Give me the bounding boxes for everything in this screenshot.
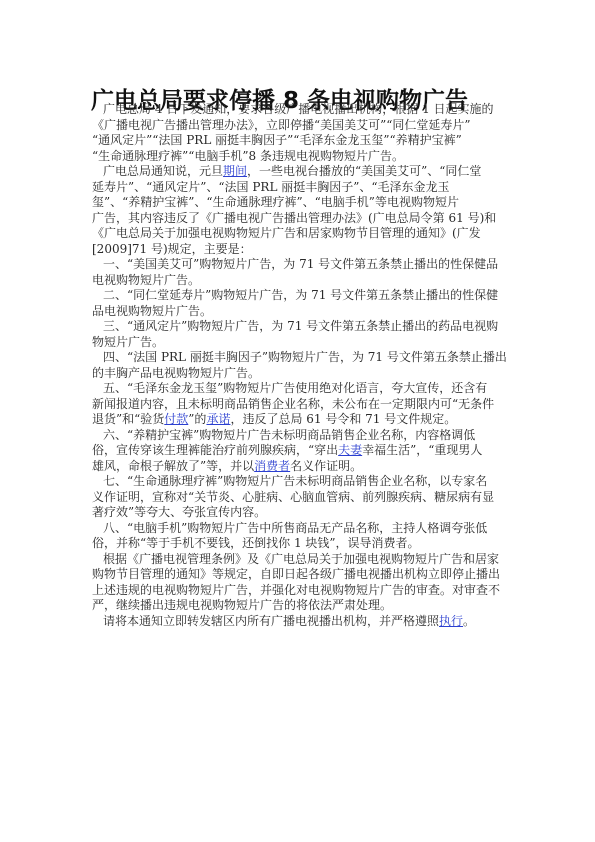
- text-segment: 玺”、“养精护宝裤”、“生命通脉理疗裤”、“电脑手机”等电视购物短片: [92, 195, 459, 209]
- text-line: “通风定片”“法国 PRL 丽挺丰胸因子”“毛泽东金龙玉玺”“养精护宝裤”: [92, 133, 507, 149]
- document-body: 广电总局 4 日下发通知，要求各级广播电视播出机构，根据 1 日起实施的《广播电…: [92, 102, 507, 629]
- text-segment: 新闻报道内容，且未标明商品销售企业名称，未公布在一定期限内可“无条件: [92, 397, 494, 411]
- text-segment: 二、“同仁堂延寿片”购物短片广告，为 71 号文件第五条禁止播出的性保健: [103, 288, 498, 302]
- paragraph: 八、“电脑手机”购物短片广告中所售商品无产品名称，主持人格调夸张低俗，并称“等于…: [92, 521, 507, 552]
- text-segment: ”的: [188, 412, 206, 426]
- text-segment: 上述违规的电视购物短片广告，并强化对电视购物短片广告的审查。对审查不: [92, 583, 500, 597]
- text-segment: 严，继续播出违规电视购物短片广告的将依法严肃处理。: [92, 598, 392, 612]
- text-segment: 六、“养精护宝裤”购物短片广告未标明商品销售企业名称，内容格调低: [103, 428, 475, 442]
- paragraph: 六、“养精护宝裤”购物短片广告未标明商品销售企业名称，内容格调低俗，宣传穿该生理…: [92, 428, 507, 475]
- text-segment: 。: [463, 614, 475, 628]
- text-segment: 请将本通知立即转发辖区内所有广播电视播出机构，并严格遵照: [103, 614, 439, 628]
- text-segment: 名义作证明。: [290, 459, 362, 473]
- text-segment: 广电总局 4 日下发通知，要求各级广播电视播出机构，根据 1 日起实施的: [103, 102, 494, 116]
- text-line: 著疗效”等夸大、夸张宣传内容。: [92, 505, 507, 521]
- text-segment: 雄风，命根子解放了”等，并以: [92, 459, 254, 473]
- text-line: 《广电总局关于加强电视购物短片广告和居家购物节目管理的通知》(广发: [92, 226, 507, 242]
- text-line: 四、“法国 PRL 丽挺丰胸因子”购物短片广告，为 71 号文件第五条禁止播出: [92, 350, 507, 366]
- paragraph: 广电总局 4 日下发通知，要求各级广播电视播出机构，根据 1 日起实施的《广播电…: [92, 102, 507, 164]
- text-line: 广告，其内容违反了《广播电视广告播出管理办法》(广电总局令第 61 号)和: [92, 211, 507, 227]
- paragraph: 一、“美国美艾可”购物短片广告，为 71 号文件第五条禁止播出的性保健品电视购物…: [92, 257, 507, 288]
- text-line: 义作证明，宣称对“关节炎、心脏病、心脑血管病、前列腺疾病、糖尿病有显: [92, 490, 507, 506]
- document-page: 广电总局要求停播 8 条电视购物广告 广电总局 4 日下发通知，要求各级广播电视…: [0, 0, 595, 842]
- text-line: 严，继续播出违规电视购物短片广告的将依法严肃处理。: [92, 598, 507, 614]
- text-line: 玺”、“养精护宝裤”、“生命通脉理疗裤”、“电脑手机”等电视购物短片: [92, 195, 507, 211]
- hyperlink[interactable]: 执行: [439, 614, 463, 628]
- text-line: 俗，并称“等于手机不要钱，还倒找你 1 块钱”，误导消费者。: [92, 536, 507, 552]
- text-line: 俗，宣传穿该生理裤能治疗前列腺疾病，“穿出夫妻幸福生活”，“重现男人: [92, 443, 507, 459]
- text-segment: 《广播电视广告播出管理办法》，立即停播“美国美艾可”“同仁堂延寿片”: [92, 118, 471, 132]
- text-line: 《广播电视广告播出管理办法》，立即停播“美国美艾可”“同仁堂延寿片”: [92, 118, 507, 134]
- text-segment: 《广电总局关于加强电视购物短片广告和居家购物节目管理的通知》(广发: [92, 226, 481, 240]
- text-line: 五、“毛泽东金龙玉玺”购物短片广告使用绝对化语言，夸大宣传，还含有: [92, 381, 507, 397]
- text-segment: [2009]71 号)规定，主要是：: [92, 242, 252, 256]
- text-segment: 广电总局通知说，元旦: [103, 164, 223, 178]
- text-segment: 四、“法国 PRL 丽挺丰胸因子”购物短片广告，为 71 号文件第五条禁止播出: [103, 350, 507, 364]
- text-segment: 电视购物短片广告。: [92, 273, 200, 287]
- text-line: 二、“同仁堂延寿片”购物短片广告，为 71 号文件第五条禁止播出的性保健: [92, 288, 507, 304]
- text-segment: 根据《广播电视管理条例》及《广电总局关于加强电视购物短片广告和居家: [103, 552, 499, 566]
- text-segment: 退货”和“验货: [92, 412, 164, 426]
- text-segment: 品电视购物短片广告。: [92, 304, 212, 318]
- paragraph: 请将本通知立即转发辖区内所有广播电视播出机构，并严格遵照执行。: [92, 614, 507, 630]
- hyperlink[interactable]: 承诺: [206, 412, 230, 426]
- hyperlink[interactable]: 期间: [223, 164, 247, 178]
- text-line: 一、“美国美艾可”购物短片广告，为 71 号文件第五条禁止播出的性保健品: [92, 257, 507, 273]
- paragraph: 七、“生命通脉理疗裤”购物短片广告未标明商品销售企业名称，以专家名义作证明，宣称…: [92, 474, 507, 521]
- text-segment: 七、“生命通脉理疗裤”购物短片广告未标明商品销售企业名称，以专家名: [103, 474, 487, 488]
- text-line: 退货”和“验货付款”的承诺，违反了总局 61 号令和 71 号文件规定。: [92, 412, 507, 428]
- text-line: 电视购物短片广告。: [92, 273, 507, 289]
- text-segment: 八、“电脑手机”购物短片广告中所售商品无产品名称，主持人格调夸张低: [103, 521, 487, 535]
- text-segment: 延寿片”、“通风定片”、“法国 PRL 丽挺丰胸因子”、“毛泽东金龙玉: [92, 180, 450, 194]
- text-line: 上述违规的电视购物短片广告，并强化对电视购物短片广告的审查。对审查不: [92, 583, 507, 599]
- paragraph: 广电总局通知说，元旦期间，一些电视台播放的“美国美艾可”、“同仁堂延寿片”、“通…: [92, 164, 507, 257]
- text-segment: 的丰胸产品电视购物短片广告。: [92, 366, 260, 380]
- text-line: 雄风，命根子解放了”等，并以消费者名义作证明。: [92, 459, 507, 475]
- text-segment: 广告，其内容违反了《广播电视广告播出管理办法》(广电总局令第 61 号)和: [92, 211, 496, 225]
- paragraph: 五、“毛泽东金龙玉玺”购物短片广告使用绝对化语言，夸大宣传，还含有新闻报道内容，…: [92, 381, 507, 428]
- text-line: 物短片广告。: [92, 335, 507, 351]
- paragraph: 二、“同仁堂延寿片”购物短片广告，为 71 号文件第五条禁止播出的性保健品电视购…: [92, 288, 507, 319]
- text-line: [2009]71 号)规定，主要是：: [92, 242, 507, 258]
- text-line: 购物节目管理的通知》等规定，自即日起各级广播电视播出机构立即停止播出: [92, 567, 507, 583]
- text-line: 八、“电脑手机”购物短片广告中所售商品无产品名称，主持人格调夸张低: [92, 521, 507, 537]
- paragraph: 四、“法国 PRL 丽挺丰胸因子”购物短片广告，为 71 号文件第五条禁止播出的…: [92, 350, 507, 381]
- text-segment: 幸福生活”，“重现男人: [362, 443, 482, 457]
- text-line: 七、“生命通脉理疗裤”购物短片广告未标明商品销售企业名称，以专家名: [92, 474, 507, 490]
- text-segment: 著疗效”等夸大、夸张宣传内容。: [92, 505, 266, 519]
- text-segment: 五、“毛泽东金龙玉玺”购物短片广告使用绝对化语言，夸大宣传，还含有: [103, 381, 487, 395]
- text-segment: 义作证明，宣称对“关节炎、心脏病、心脑血管病、前列腺疾病、糖尿病有显: [92, 490, 494, 504]
- paragraph: 三、“通风定片”购物短片广告，为 71 号文件第五条禁止播出的药品电视购物短片广…: [92, 319, 507, 350]
- text-segment: ，违反了总局 61 号令和 71 号文件规定。: [230, 412, 456, 426]
- hyperlink[interactable]: 付款: [164, 412, 188, 426]
- text-segment: 购物节目管理的通知》等规定，自即日起各级广播电视播出机构立即停止播出: [92, 567, 500, 581]
- text-line: “生命通脉理疗裤”“电脑手机”8 条违规电视购物短片广告。: [92, 149, 507, 165]
- text-line: 的丰胸产品电视购物短片广告。: [92, 366, 507, 382]
- hyperlink[interactable]: 消费者: [254, 459, 290, 473]
- text-line: 广电总局 4 日下发通知，要求各级广播电视播出机构，根据 1 日起实施的: [92, 102, 507, 118]
- text-segment: 俗，宣传穿该生理裤能治疗前列腺疾病，“穿出: [92, 443, 338, 457]
- text-segment: “通风定片”“法国 PRL 丽挺丰胸因子”“毛泽东金龙玉玺”“养精护宝裤”: [92, 133, 462, 147]
- text-line: 广电总局通知说，元旦期间，一些电视台播放的“美国美艾可”、“同仁堂: [92, 164, 507, 180]
- text-segment: “生命通脉理疗裤”“电脑手机”8 条违规电视购物短片广告。: [92, 149, 404, 163]
- paragraph: 根据《广播电视管理条例》及《广电总局关于加强电视购物短片广告和居家购物节目管理的…: [92, 552, 507, 614]
- hyperlink[interactable]: 夫妻: [338, 443, 362, 457]
- text-segment: 物短片广告。: [92, 335, 164, 349]
- text-line: 品电视购物短片广告。: [92, 304, 507, 320]
- text-segment: 三、“通风定片”购物短片广告，为 71 号文件第五条禁止播出的药品电视购: [103, 319, 498, 333]
- text-line: 请将本通知立即转发辖区内所有广播电视播出机构，并严格遵照执行。: [92, 614, 507, 630]
- text-segment: 一、“美国美艾可”购物短片广告，为 71 号文件第五条禁止播出的性保健品: [103, 257, 498, 271]
- text-segment: ，一些电视台播放的“美国美艾可”、“同仁堂: [247, 164, 481, 178]
- text-line: 六、“养精护宝裤”购物短片广告未标明商品销售企业名称，内容格调低: [92, 428, 507, 444]
- text-segment: 俗，并称“等于手机不要钱，还倒找你 1 块钱”，误导消费者。: [92, 536, 420, 550]
- text-line: 新闻报道内容，且未标明商品销售企业名称，未公布在一定期限内可“无条件: [92, 397, 507, 413]
- text-line: 根据《广播电视管理条例》及《广电总局关于加强电视购物短片广告和居家: [92, 552, 507, 568]
- text-line: 三、“通风定片”购物短片广告，为 71 号文件第五条禁止播出的药品电视购: [92, 319, 507, 335]
- text-line: 延寿片”、“通风定片”、“法国 PRL 丽挺丰胸因子”、“毛泽东金龙玉: [92, 180, 507, 196]
